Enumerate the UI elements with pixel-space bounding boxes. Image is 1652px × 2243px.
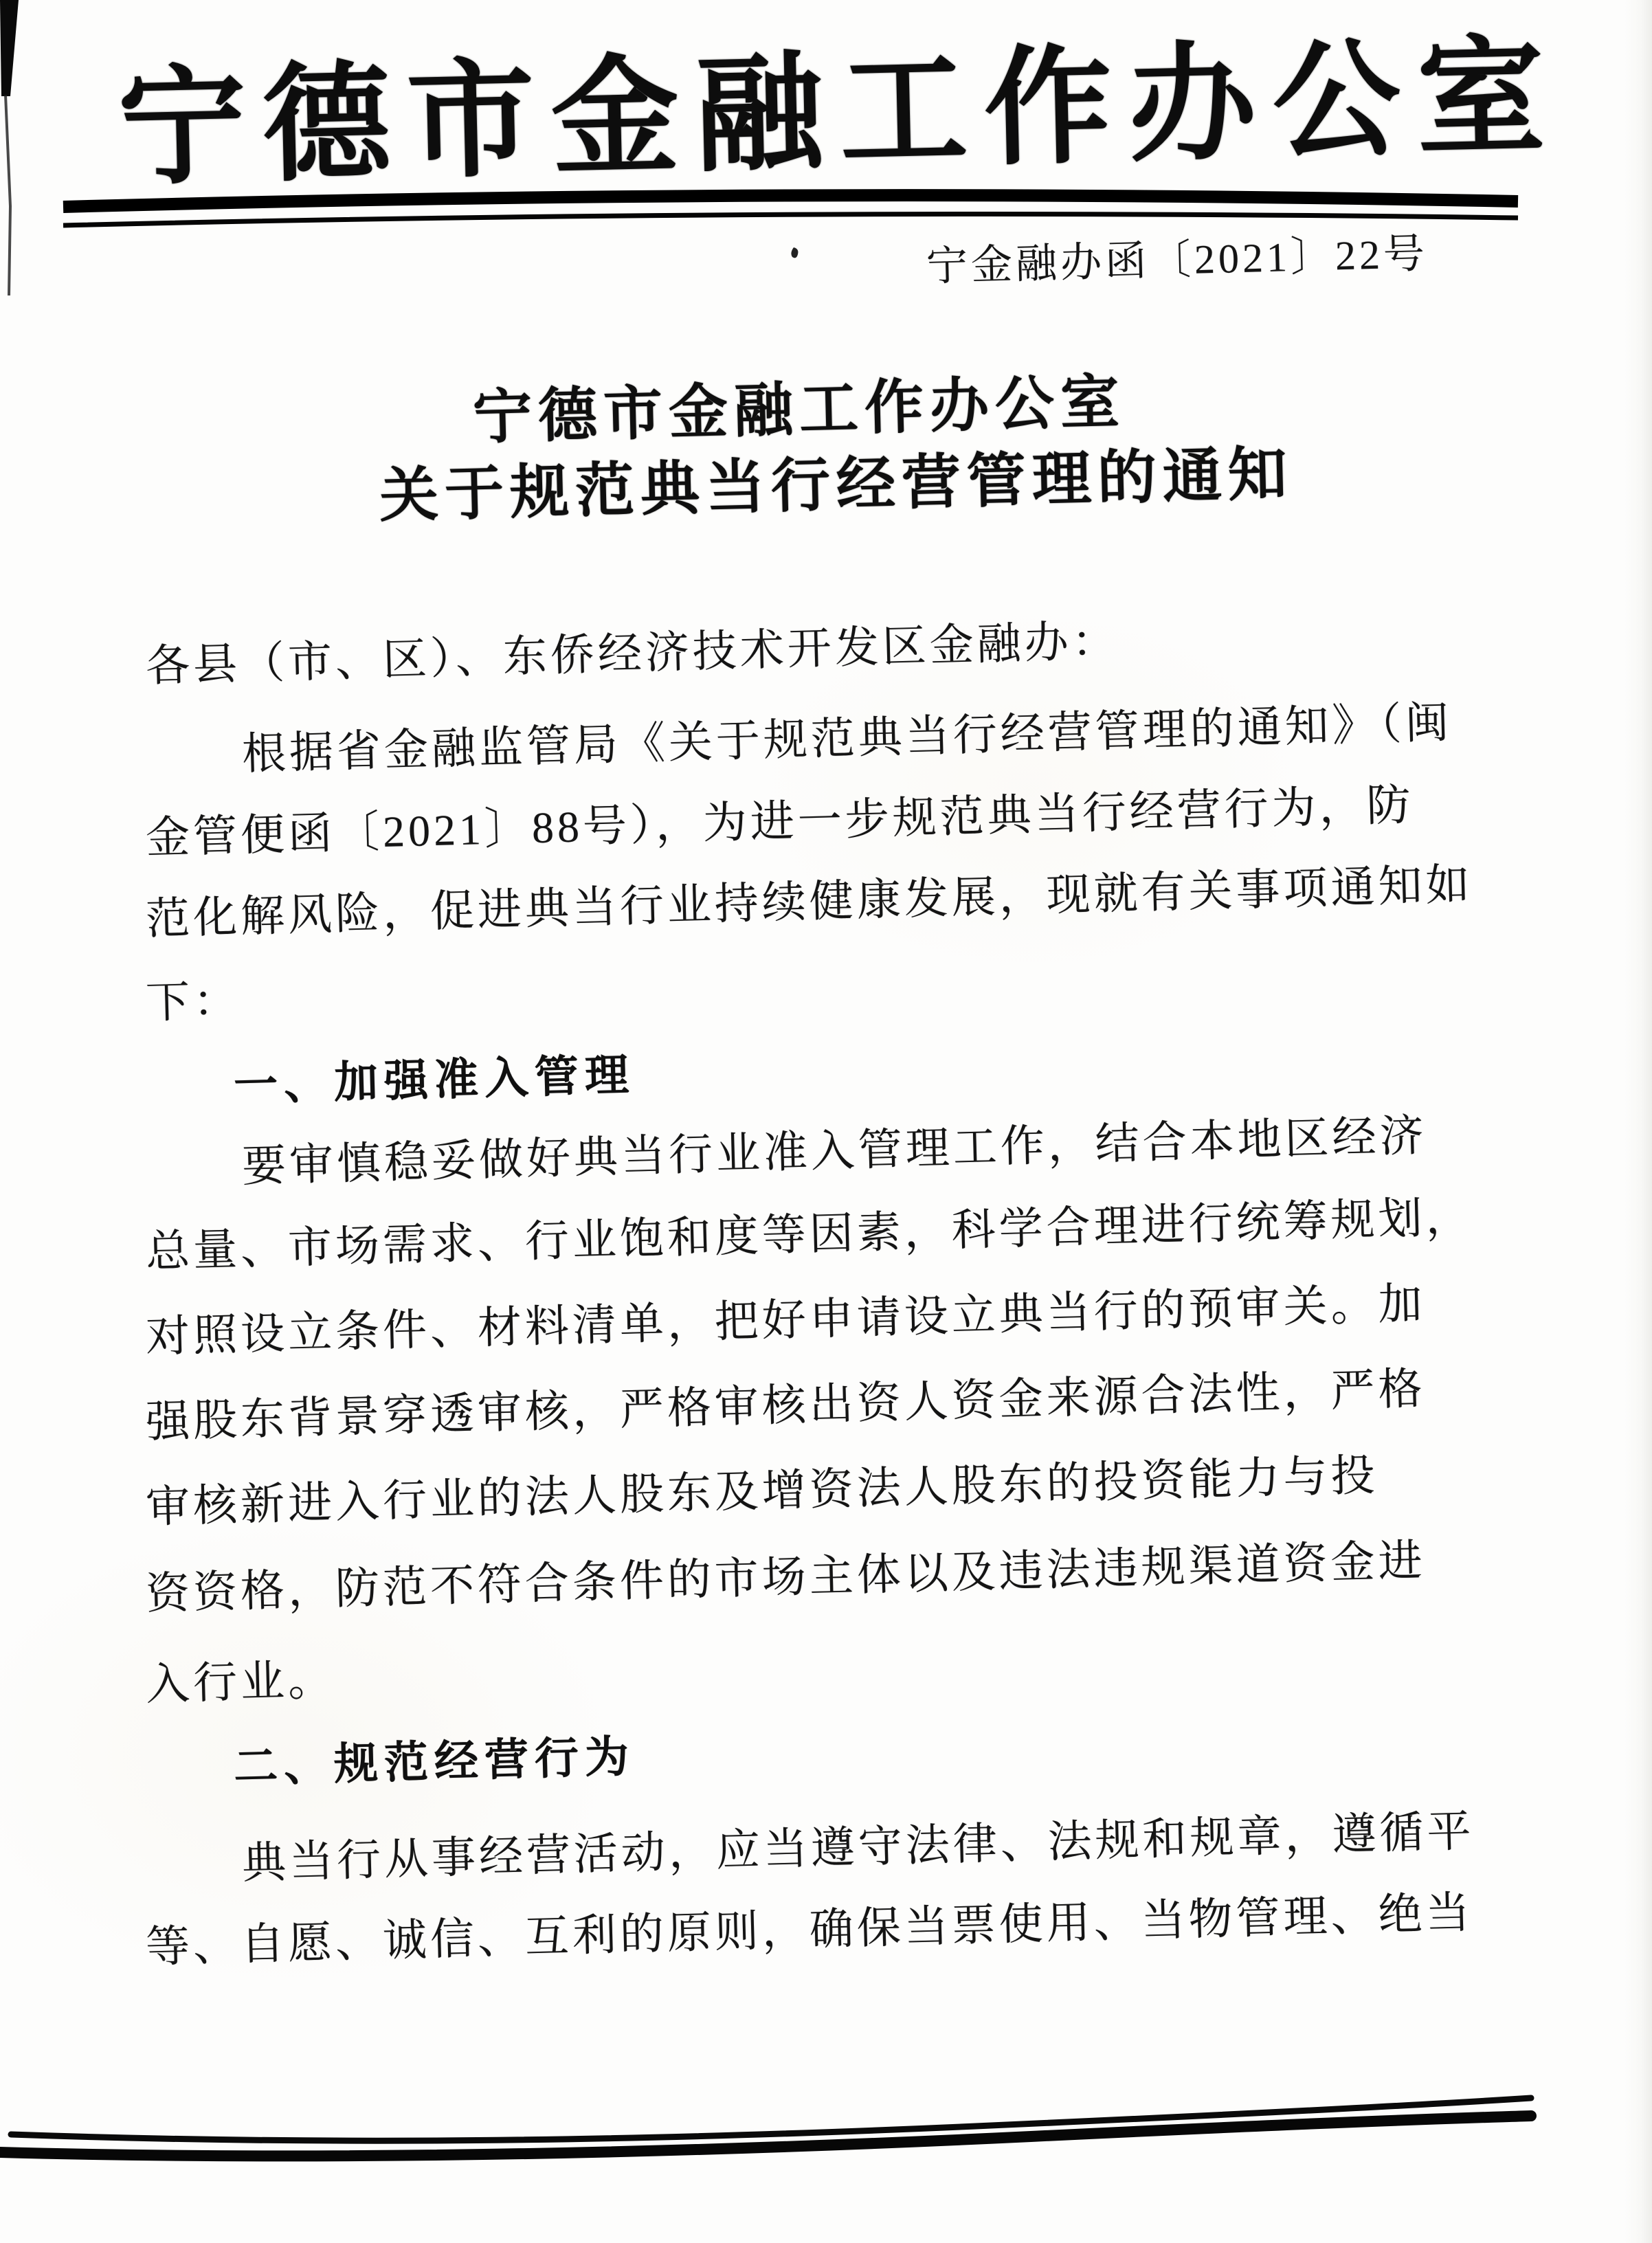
scan-artifact-top-left <box>0 0 19 96</box>
ink-speck <box>791 247 798 258</box>
body-line: 强股东背景穿透审核，严格审核出资人资金来源合法性，严格 <box>145 1353 1427 1450</box>
body-line: 金管便函〔2021〕88号），为进一步规范典当行经营行为，防 <box>145 770 1415 866</box>
body-line: 等、自愿、诚信、互利的原则，确保当票使用、当物管理、绝当 <box>145 1877 1474 1975</box>
body-line: 范化解风险，促进典当行业持续健康发展，现就有关事项通知如 <box>145 849 1474 947</box>
body-line: 对照设立条件、材料清单，把好申请设立典当行的预审关。加 <box>145 1268 1427 1365</box>
document-number: 宁金融办函〔2021〕22号 <box>926 221 1429 293</box>
section-heading-1: 一、加强准入管理 <box>233 1040 636 1113</box>
body-line: 根据省金融监管局《关于规范典当行经营管理的通知》（闽 <box>241 687 1453 782</box>
body-line: 总量、市场需求、行业饱和度等因素，科学合理进行统筹规划， <box>145 1181 1474 1280</box>
body-line: 入行业。 <box>145 1644 336 1712</box>
body-line: 要审慎稳妥做好典当行业准入管理工作，结合本地区经济 <box>241 1100 1428 1194</box>
page-fold-line-lower <box>0 2116 1531 2156</box>
body-line: 典当行从事经营活动，应当遵守法律、法规和规章，遵循平 <box>241 1796 1475 1891</box>
page-fold-line-upper <box>11 2098 1531 2141</box>
scanned-document-page: 宁德市金融工作办公室 宁金融办函〔2021〕22号 宁德市金融工作办公室 关于规… <box>0 0 1652 2243</box>
body-line: 下： <box>145 965 241 1031</box>
salutation: 各县（市、区）、东侨经济技术开发区金融办： <box>145 605 1120 694</box>
body-line: 审核新进入行业的法人股东及增资法人股东的投资能力与投 <box>145 1440 1379 1535</box>
scan-artifact-top-left-tail <box>5 95 10 295</box>
body-line: 资资格，防范不符合条件的市场主体以及违法违规渠道资金进 <box>145 1525 1427 1622</box>
letterhead-office-name: 宁德市金融工作办公室 <box>116 0 1563 210</box>
section-heading-2: 二、规范经营行为 <box>233 1721 636 1795</box>
